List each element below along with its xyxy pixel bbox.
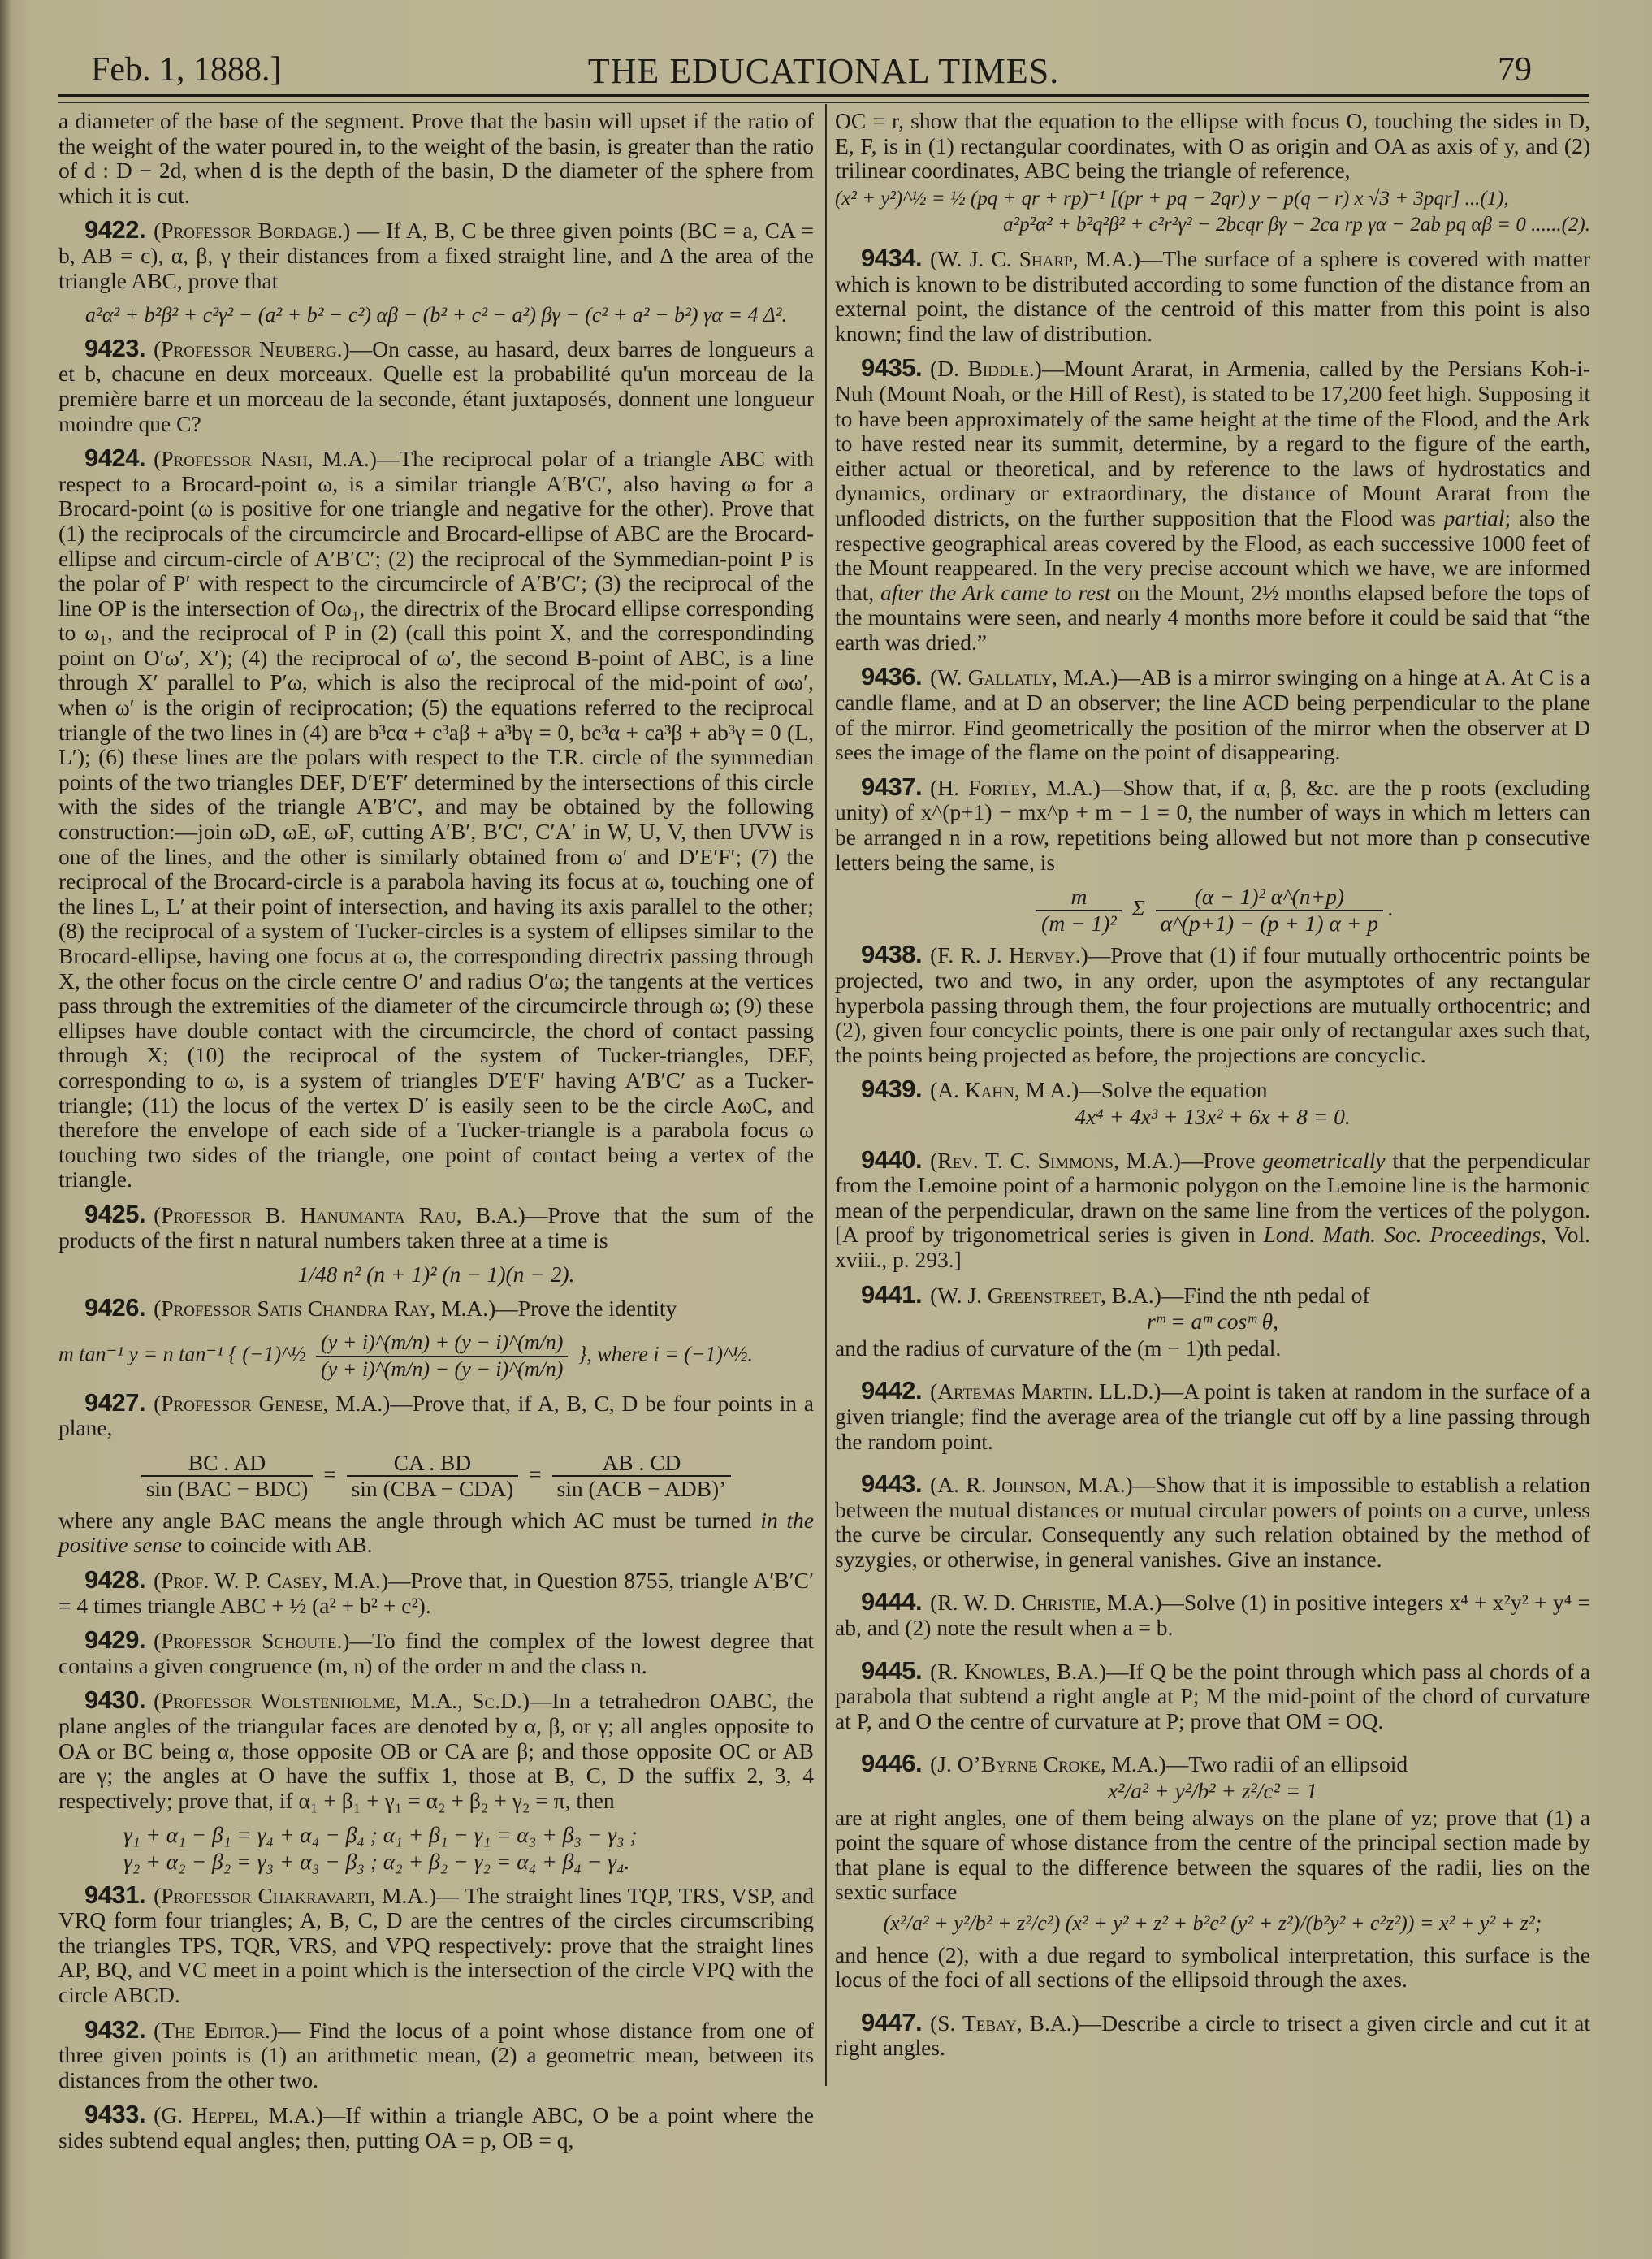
question-text-continued: where any angle BAC means the angle thro… (58, 1508, 814, 1558)
question-9435: 9435.(D. Biddle.)—Mount Ararat, in Armen… (835, 356, 1590, 655)
question-9443: 9443.(A. R. Johnson, M.A.)—Show that it … (835, 1472, 1590, 1572)
question-number: 9435. (861, 353, 922, 382)
question-9428: 9428.(Prof. W. P. Casey, M.A.)—Prove tha… (58, 1568, 814, 1618)
question-author: (The Editor.) (154, 2018, 278, 2043)
question-author: (Professor Nash, M.A.) (154, 446, 377, 471)
question-author: (Professor Chakravarti, M.A.) (154, 1883, 436, 1908)
numerator: m (1036, 885, 1121, 911)
equation: 1/48 n² (n + 1)² (n − 1)(n − 2). (58, 1262, 814, 1287)
question-9434: 9434.(W. J. C. Sharp, M.A.)—The surface … (835, 246, 1590, 346)
question-text: —Two radii of an ellipsoid (1166, 1751, 1408, 1776)
question-author: (Professor Neuberg.) (154, 336, 350, 361)
question-number: 9430. (84, 1686, 145, 1714)
italic-text: after the Ark came to rest (880, 580, 1111, 605)
question-author: (A. Kahn, M A.) (930, 1077, 1079, 1102)
question-number: 9422. (84, 215, 145, 244)
question-number: 9433. (84, 2100, 145, 2128)
question-author: (H. Fortey, M.A.) (930, 775, 1101, 800)
fraction: BC . ADsin (BAC − BDC) (141, 1451, 314, 1502)
question-number: 9442. (861, 1376, 922, 1404)
question-number: 9444. (861, 1587, 922, 1616)
header-rule-thick (58, 94, 1589, 97)
question-number: 9446. (861, 1749, 922, 1777)
question-9440: 9440.(Rev. T. C. Simmons, M.A.)—Prove ge… (835, 1148, 1590, 1273)
question-number: 9447. (861, 2008, 922, 2036)
question-number: 9445. (861, 1656, 922, 1685)
question-number: 9441. (861, 1280, 922, 1309)
page-number: 79 (1498, 50, 1532, 89)
italic-text: partial (1444, 505, 1505, 530)
question-text: —The reciprocal polar of a triangle ABC … (58, 446, 814, 1192)
question-9438: 9438.(F. R. J. Hervey.)—Prove that (1) i… (835, 942, 1590, 1067)
equation: x²/a² + y²/b² + z²/c² = 1 (835, 1779, 1590, 1804)
question-9430: 9430.(Professor Wolstenholme, M.A., Sc.D… (58, 1688, 814, 1813)
question-number: 9425. (84, 1200, 145, 1228)
question-author: (W. J. Greenstreet, B.A.) (930, 1283, 1161, 1308)
question-author: (Professor Satis Chandra Ray, M.A.) (154, 1296, 495, 1321)
question-number: 9426. (84, 1293, 145, 1322)
sextic-equation: (x²/a² + y²/b² + z²/c²) (x² + y² + z² + … (835, 1911, 1590, 1937)
question-number: 9428. (84, 1565, 145, 1594)
question-number: 9423. (84, 334, 145, 362)
question-number: 9439. (861, 1075, 922, 1103)
equation: BC . ADsin (BAC − BDC) = CA . BDsin (CBA… (58, 1451, 814, 1502)
question-text: —Solve the equation (1079, 1077, 1267, 1102)
question-author: (Professor B. Hanumanta Rau, B.A.) (154, 1202, 525, 1227)
numerator: (α − 1)² α^(n+p) (1156, 885, 1383, 911)
denominator: sin (CBA − CDA) (347, 1477, 519, 1502)
question-text-continued: and the radius of curvature of the (m − … (835, 1336, 1590, 1361)
question-9447: 9447.(S. Tebay, B.A.)—Describe a circle … (835, 2010, 1590, 2061)
equation-rhs: }, where i = (−1)^½. (578, 1343, 753, 1366)
question-author: (G. Heppel, M.A.) (154, 2102, 323, 2127)
question-9442: 9442.(Artemas Martin. LL.D.)—A point is … (835, 1378, 1590, 1454)
equation: m(m − 1)² Σ (α − 1)² α^(n+p)α^(p+1) − (p… (835, 885, 1590, 936)
fraction: CA . BDsin (CBA − CDA) (347, 1451, 519, 1502)
question-author: (Professor Bordage.) (154, 218, 350, 243)
fraction: m(m − 1)² (1036, 885, 1121, 936)
equation-line: γ₂ + α₂ − β₂ = γ₃ + α₃ − β₃ ; α₂ + β₂ − … (58, 1850, 814, 1875)
denominator: α^(p+1) − (p + 1) α + p (1156, 911, 1383, 937)
question-author: (Professor Wolstenholme, M.A., Sc.D.) (154, 1688, 530, 1713)
question-author: (Professor Genese, M.A.) (154, 1391, 390, 1416)
header-rule-thin (58, 102, 1589, 103)
question-author: (W. J. C. Sharp, M.A.) (930, 246, 1140, 271)
question-number: 9434. (861, 244, 922, 272)
question-author: (R. Knowles, B.A.) (930, 1659, 1106, 1684)
question-number: 9438. (861, 940, 922, 968)
fraction: AB . CDsin (ACB − ADB)’ (552, 1451, 732, 1502)
question-author: (F. R. J. Hervey.) (930, 942, 1088, 967)
question-author: (Prof. W. P. Casey, M.A.) (154, 1568, 388, 1593)
fraction: (y + i)^(m/n) + (y − i)^(m/n)(y + i)^(m/… (316, 1331, 568, 1382)
question-number: 9432. (84, 2015, 145, 2044)
question-number: 9429. (84, 1625, 145, 1654)
question-9446: 9446.(J. O’Byrne Croke, M.A.)—Two radii … (835, 1751, 1590, 1777)
question-author: (Artemas Martin. LL.D.) (930, 1378, 1161, 1404)
question-9429: 9429.(Professor Schoute.)—To find the co… (58, 1628, 814, 1678)
question-text: —Mount Ararat, in Armenia, called by the… (835, 356, 1590, 530)
question-author: (D. Biddle.) (930, 356, 1042, 381)
question-number: 9443. (861, 1469, 922, 1498)
question-number: 9437. (861, 772, 922, 801)
column-divider (825, 104, 827, 2086)
question-9445: 9445.(R. Knowles, B.A.)—If Q be the poin… (835, 1659, 1590, 1734)
numerator: CA . BD (347, 1451, 519, 1478)
equation: rᵐ = aᵐ cosᵐ θ, (835, 1309, 1590, 1335)
question-text: —Prove the identity (495, 1296, 677, 1321)
question-9441: 9441.(W. J. Greenstreet, B.A.)—Find the … (835, 1283, 1590, 1309)
question-number: 9427. (84, 1388, 145, 1417)
question-9432: 9432.(The Editor.)— Find the locus of a … (58, 2018, 814, 2093)
question-number: 9436. (861, 662, 922, 690)
question-author: (A. R. Johnson, M.A.) (930, 1472, 1133, 1497)
question-9426: 9426.(Professor Satis Chandra Ray, M.A.)… (58, 1296, 814, 1322)
denominator: sin (ACB − ADB)’ (552, 1477, 732, 1502)
question-text: —Prove (1181, 1148, 1262, 1173)
denominator: (y + i)^(m/n) − (y − i)^(m/n) (316, 1357, 568, 1383)
left-column: a diameter of the base of the segment. P… (58, 109, 814, 2163)
equation: a²α² + b²β² + c²γ² − (a² + b² − c²) αβ −… (58, 303, 814, 328)
question-number: 9424. (84, 444, 145, 472)
italic-text: geometrically (1262, 1148, 1385, 1173)
question-number: 9431. (84, 1880, 145, 1909)
numerator: BC . AD (141, 1451, 314, 1478)
equation: m tan⁻¹ y = n tan⁻¹ { (−1)^½ (y + i)^(m/… (58, 1331, 814, 1382)
question-9436: 9436.(W. Gallatly, M.A.)—AB is a mirror … (835, 664, 1590, 764)
text: where any angle BAC means the angle thro… (58, 1508, 760, 1533)
question-9423: 9423.(Professor Neuberg.)—On casse, au h… (58, 336, 814, 436)
equation: 4x⁴ + 4x³ + 13x² + 6x + 8 = 0. (835, 1105, 1590, 1130)
fraction: (α − 1)² α^(n+p)α^(p+1) − (p + 1) α + p (1156, 885, 1383, 936)
text: to coincide with AB. (182, 1532, 373, 1557)
equation-line: γ₁ + α₁ − β₁ = γ₄ + α₄ − β₄ ; α₁ + β₁ − … (58, 1823, 814, 1848)
question-author: (Professor Schoute.) (154, 1628, 349, 1653)
question-text: —Find the nth pedal of (1161, 1283, 1370, 1308)
equation-1: (x² + y²)^½ = ½ (pq + qr + rp)⁻¹ [(pr + … (835, 187, 1590, 212)
equation-2: a²p²α² + b²q²β² + c²r²γ² − 2bcqr βγ − 2c… (835, 213, 1590, 238)
question-9439: 9439.(A. Kahn, M A.)—Solve the equation (835, 1077, 1590, 1103)
question-text-continued: and hence (2), with a due regard to symb… (835, 1943, 1590, 1993)
page-header: Feb. 1, 1888.] THE EDUCATIONAL TIMES. 79 (58, 50, 1589, 99)
publication-title: THE EDUCATIONAL TIMES. (58, 50, 1589, 92)
numerator: AB . CD (552, 1451, 732, 1478)
continuation-text: OC = r, show that the equation to the el… (835, 109, 1590, 184)
question-9424: 9424.(Professor Nash, M.A.)—The reciproc… (58, 446, 814, 1192)
question-9425: 9425.(Professor B. Hanumanta Rau, B.A.)—… (58, 1202, 814, 1253)
question-author: (S. Tebay, B.A.) (930, 2010, 1079, 2036)
sigma-symbol: Σ (1132, 895, 1145, 920)
question-text-continued: are at right angles, one of them being a… (835, 1806, 1590, 1905)
question-9433: 9433.(G. Heppel, M.A.)—If within a trian… (58, 2102, 814, 2153)
question-author: (R. W. D. Christie, M.A.) (930, 1590, 1161, 1615)
question-author: (Rev. T. C. Simmons, M.A.) (930, 1148, 1181, 1173)
right-column: OC = r, show that the equation to the el… (835, 109, 1590, 2071)
numerator: (y + i)^(m/n) + (y − i)^(m/n) (316, 1331, 568, 1357)
question-9431: 9431.(Professor Chakravarti, M.A.)— The … (58, 1883, 814, 2008)
continuation-text: a diameter of the base of the segment. P… (58, 109, 814, 208)
question-number: 9440. (861, 1145, 922, 1174)
denominator: sin (BAC − BDC) (141, 1477, 314, 1502)
question-9444: 9444.(R. W. D. Christie, M.A.)—Solve (1)… (835, 1590, 1590, 1640)
question-9422: 9422.(Professor Bordage.) — If A, B, C b… (58, 218, 814, 293)
question-9427: 9427.(Professor Genese, M.A.)—Prove that… (58, 1391, 814, 1441)
question-author: (J. O’Byrne Croke, M.A.) (930, 1751, 1166, 1776)
italic-text: Lond. Math. Soc. Proceedings (1264, 1222, 1541, 1247)
question-9437: 9437.(H. Fortey, M.A.)—Show that, if α, … (835, 775, 1590, 875)
equation-lhs: m tan⁻¹ y = n tan⁻¹ { (−1)^½ (58, 1343, 306, 1366)
question-author: (W. Gallatly, M.A.) (930, 664, 1118, 690)
denominator: (m − 1)² (1036, 911, 1121, 937)
